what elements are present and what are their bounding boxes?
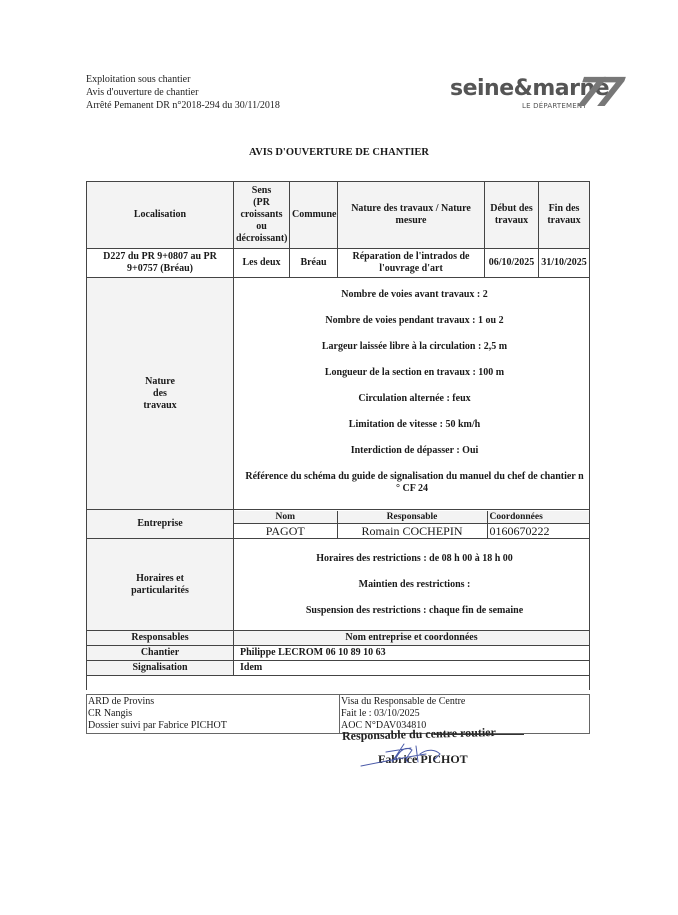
col-debut-line: travaux [487, 215, 536, 227]
handwritten-signature-icon [356, 740, 466, 770]
col-localisation: Localisation [87, 182, 234, 249]
label-line: travaux [89, 400, 231, 412]
horaires-details: Horaires des restrictions : de 08 h 00 à… [234, 539, 590, 631]
entreprise-responsable: Romain COCHEPIN [337, 523, 487, 538]
cell-nature: Réparation de l'intrados de l'ouvrage d'… [338, 249, 485, 278]
col-sens-line: Sens [236, 185, 287, 197]
col-fin-line: travaux [541, 215, 587, 227]
col-debut: Début des travaux [485, 182, 539, 249]
cell-fin: 31/10/2025 [539, 249, 590, 278]
main-table: Localisation Sens (PR croissants ou décr… [86, 181, 590, 690]
col-commune: Commune [290, 182, 338, 249]
stamp-strike-line [434, 734, 524, 735]
footer-line: CR Nangis [88, 708, 338, 720]
table-header-row: Localisation Sens (PR croissants ou décr… [87, 182, 590, 249]
entreprise-col-nom: Nom [234, 511, 337, 524]
responsable-role: Chantier [87, 646, 234, 661]
col-sens-line: croissants [236, 209, 287, 221]
col-sens-line: ou [236, 221, 287, 233]
nature-details: Nombre de voies avant travaux : 2 Nombre… [234, 278, 590, 510]
nature-label: Nature des travaux [87, 278, 234, 510]
header-info: Exploitation sous chantier Avis d'ouvert… [86, 73, 280, 112]
col-sens: Sens (PR croissants ou décroissant) [234, 182, 290, 249]
nature-item: Nombre de voies pendant travaux : 1 ou 2 [240, 315, 589, 327]
horaires-row: Horaires et particularités Horaires des … [87, 539, 590, 631]
responsables-header-right: Nom entreprise et coordonnées [234, 631, 590, 646]
footer-line: ARD de Provins [88, 696, 338, 708]
col-sens-line: (PR [236, 197, 287, 209]
entreprise-coordonnees: 0160670222 [487, 523, 590, 538]
blank-cell [87, 676, 590, 690]
label-line: Nature [89, 376, 231, 388]
cell-line: D227 du PR 9+0807 au PR [89, 251, 231, 263]
table-row: D227 du PR 9+0807 au PR 9+0757 (Bréau) L… [87, 249, 590, 278]
nature-item: Nombre de voies avant travaux : 2 [240, 289, 589, 301]
blank-row [87, 676, 590, 690]
reference-line: ° CF 24 [396, 483, 428, 494]
responsable-row: Signalisation Idem [87, 661, 590, 676]
reference-item: Référence du schéma du guide de signalis… [235, 471, 589, 495]
cell-line: 9+0757 (Bréau) [89, 263, 231, 275]
page-title: AVIS D'OUVERTURE DE CHANTIER [0, 147, 678, 158]
header-line: Arrêté Pemanent DR n°2018-294 du 30/11/2… [86, 99, 280, 112]
header-line: Exploitation sous chantier [86, 73, 280, 86]
label-line: particularités [89, 585, 231, 597]
label-line: des [89, 388, 231, 400]
nature-item: Largeur laissée libre à la circulation :… [240, 341, 589, 353]
footer-line: Visa du Responsable de Centre [341, 696, 588, 708]
nature-section: Nature des travaux Nombre de voies avant… [87, 278, 590, 510]
responsables-header-row: Responsables Nom entreprise et coordonné… [87, 631, 590, 646]
label-line: Horaires et [89, 573, 231, 585]
col-fin-line: Fin des [541, 203, 587, 215]
footer-line: Dossier suivi par Fabrice PICHOT [88, 720, 338, 732]
nature-item: Circulation alternée : feux [240, 393, 589, 405]
responsables-header: Responsables [87, 631, 234, 646]
entreprise-col-responsable: Responsable [337, 511, 487, 524]
cell-commune: Bréau [290, 249, 338, 278]
col-fin: Fin des travaux [539, 182, 590, 249]
entreprise-details: Nom Responsable Coordonnées PAGOT Romain… [234, 510, 590, 539]
responsable-value: Idem [234, 661, 590, 676]
col-debut-line: Début des [487, 203, 536, 215]
responsable-role: Signalisation [87, 661, 234, 676]
entreprise-table: Nom Responsable Coordonnées PAGOT Romain… [234, 511, 590, 538]
responsable-value: Philippe LECROM 06 10 89 10 63 [234, 646, 590, 661]
entreprise-col-coordonnees: Coordonnées [487, 511, 590, 524]
nature-item: Interdiction de dépasser : Oui [240, 445, 589, 457]
header-line: Avis d'ouverture de chantier [86, 86, 280, 99]
responsable-row: Chantier Philippe LECROM 06 10 89 10 63 [87, 646, 590, 661]
cell-debut: 06/10/2025 [485, 249, 539, 278]
nature-item: Longueur de la section en travaux : 100 … [240, 367, 589, 379]
horaires-item: Suspension des restrictions : chaque fin… [240, 605, 589, 617]
nature-item: Limitation de vitesse : 50 km/h [240, 419, 589, 431]
footer-line: Fait le : 03/10/2025 [341, 708, 588, 720]
reference-line: Référence du schéma du guide de signalis… [240, 471, 583, 482]
footer-left: ARD de Provins CR Nangis Dossier suivi p… [87, 695, 340, 734]
department-logo: seine&marne LE DÉPARTEMENT 77 [450, 76, 610, 112]
cell-localisation: D227 du PR 9+0807 au PR 9+0757 (Bréau) [87, 249, 234, 278]
cell-line: Réparation de l'intrados de [340, 251, 482, 263]
horaires-item: Horaires des restrictions : de 08 h 00 à… [240, 553, 589, 565]
cell-sens: Les deux [234, 249, 290, 278]
cell-line: l'ouvrage d'art [340, 263, 482, 275]
horaires-label: Horaires et particularités [87, 539, 234, 631]
col-sens-line: décroissant) [236, 233, 287, 245]
col-nature: Nature des travaux / Nature mesure [338, 182, 485, 249]
entreprise-label: Entreprise [87, 510, 234, 539]
entreprise-row: Entreprise Nom Responsable Coordonnées P… [87, 510, 590, 539]
horaires-item: Maintien des restrictions : [240, 579, 589, 591]
logo-number: 77 [573, 70, 619, 116]
entreprise-nom: PAGOT [234, 523, 337, 538]
